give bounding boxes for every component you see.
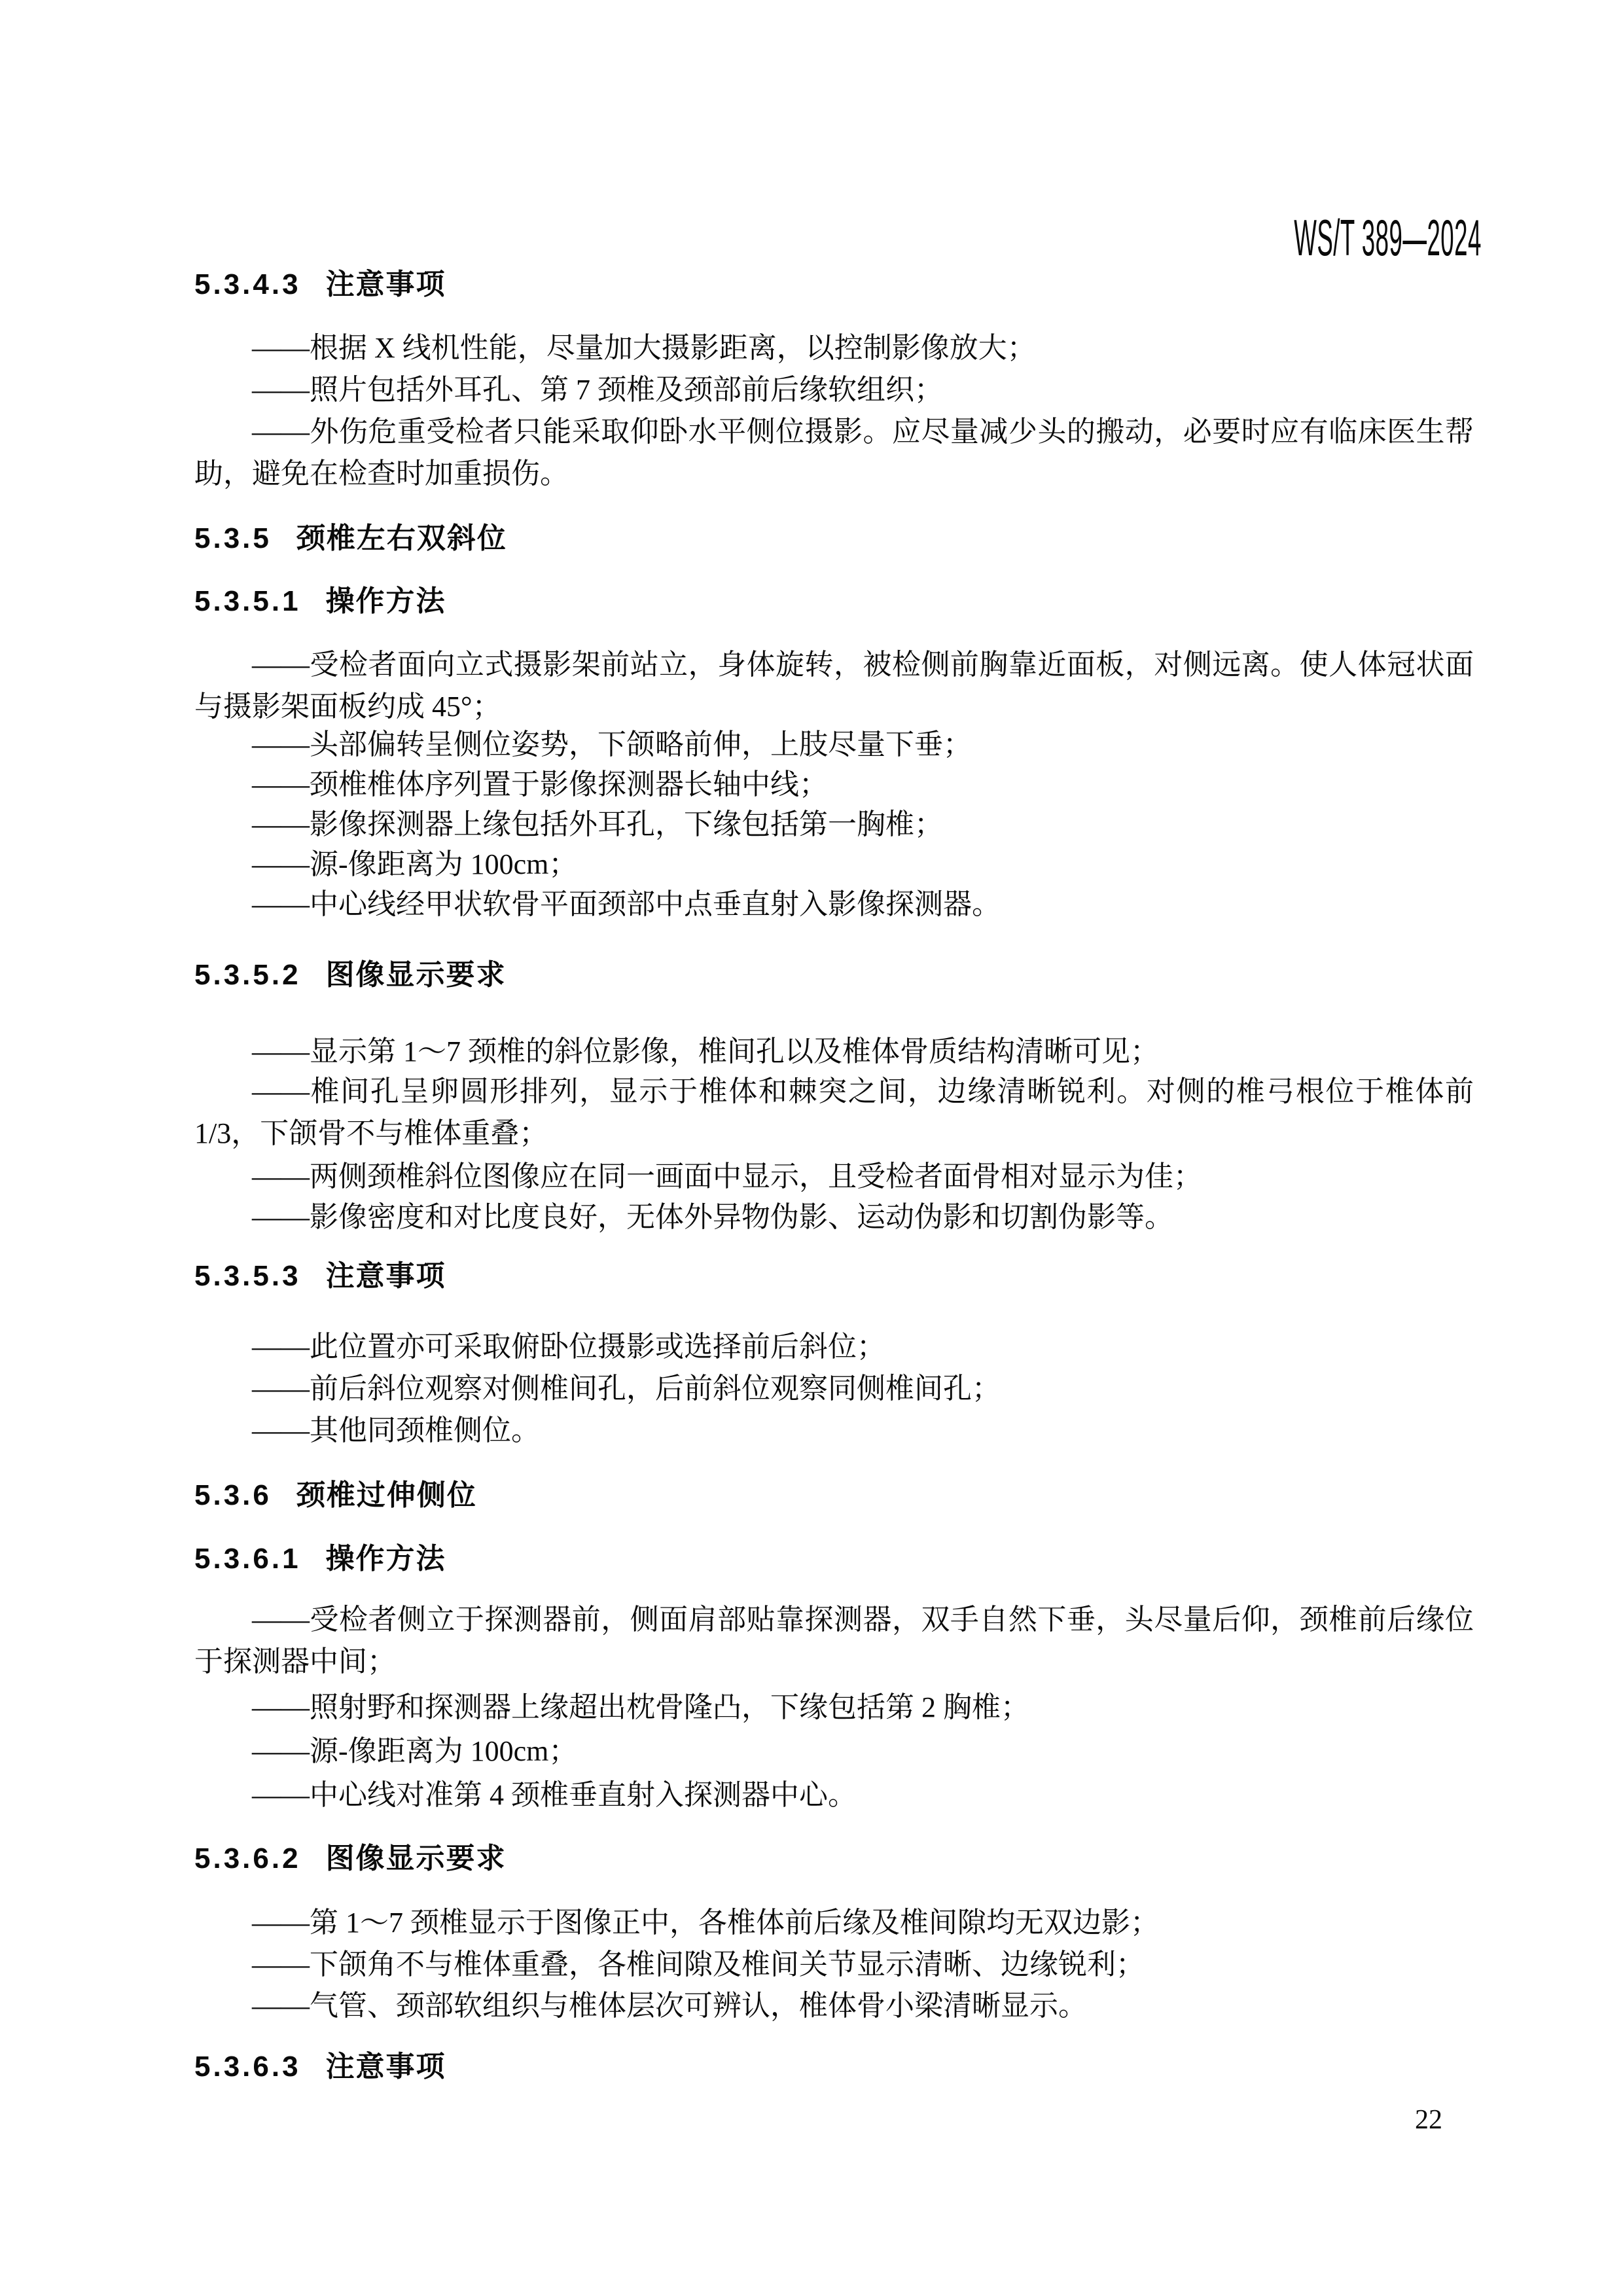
- paragraph: ——此位置亦可采取俯卧位摄影或选择前后斜位；: [194, 1326, 1474, 1368]
- page-number: 22: [1393, 2104, 1465, 2136]
- section-title: 颈椎左右双斜位: [296, 522, 507, 554]
- paragraph: ——两侧颈椎斜位图像应在同一画面中显示，且受检者面骨相对显示为佳；: [194, 1156, 1474, 1198]
- section-heading: 5.3.4.3注意事项: [194, 264, 1474, 306]
- section-title: 注意事项: [326, 268, 446, 300]
- paragraph: ——中心线对准第 4 颈椎垂直射入探测器中心。: [194, 1774, 1474, 1816]
- section-number: 5.3.6.2: [194, 1842, 301, 1874]
- paragraph: ——照射野和探测器上缘超出枕骨隆凸，下缘包括第 2 胸椎；: [194, 1687, 1474, 1729]
- section-number: 5.3.6.1: [194, 1543, 301, 1575]
- paragraph: ——第 1～7 颈椎显示于图像正中，各椎体前后缘及椎间隙均无双边影；: [194, 1902, 1474, 1944]
- paragraph: ——外伤危重受检者只能采取仰卧水平侧位摄影。应尽量减少头的搬动，必要时应有临床医…: [194, 411, 1474, 495]
- paragraph: ——受检者侧立于探测器前，侧面肩部贴靠探测器，双手自然下垂，头尽量后仰，颈椎前后…: [194, 1599, 1474, 1683]
- paragraph: ——前后斜位观察对侧椎间孔，后前斜位观察同侧椎间孔；: [194, 1368, 1474, 1410]
- section-title: 颈椎过伸侧位: [296, 1479, 477, 1511]
- doc-code-header: WS/T 389—2024: [1294, 208, 1482, 268]
- paragraph: ——气管、颈部软组织与椎体层次可辨认，椎体骨小梁清晰显示。: [194, 1985, 1474, 2027]
- section-title: 注意事项: [326, 1260, 446, 1292]
- section-title: 图像显示要求: [326, 959, 507, 991]
- section-number: 5.3.5.1: [194, 585, 301, 617]
- paragraph: ——受检者面向立式摄影架前站立，身体旋转，被检侧前胸靠近面板，对侧远离。使人体冠…: [194, 644, 1474, 728]
- section-heading: 5.3.6颈椎过伸侧位: [194, 1475, 1474, 1516]
- section-number: 5.3.5.3: [194, 1260, 301, 1292]
- section-heading: 5.3.5颈椎左右双斜位: [194, 518, 1474, 560]
- paragraph: ——源-像距离为 100cm；: [194, 1731, 1474, 1772]
- paragraph: ——显示第 1～7 颈椎的斜位影像，椎间孔以及椎体骨质结构清晰可见；: [194, 1031, 1474, 1073]
- section-number: 5.3.6: [194, 1479, 272, 1511]
- paragraph: ——影像密度和对比度良好，无体外异物伪影、运动伪影和切割伪影等。: [194, 1196, 1474, 1238]
- section-heading: 5.3.6.1操作方法: [194, 1538, 1474, 1580]
- paragraph: ——椎间孔呈卵圆形排列，显示于椎体和棘突之间，边缘清晰锐利。对侧的椎弓根位于椎体…: [194, 1071, 1474, 1155]
- paragraph: ——源-像距离为 100cm；: [194, 844, 1474, 886]
- paragraph: ——中心线经甲状软骨平面颈部中点垂直射入影像探测器。: [194, 884, 1474, 925]
- section-heading: 5.3.5.2图像显示要求: [194, 954, 1474, 996]
- paragraph: ——照片包括外耳孔、第 7 颈椎及颈部前后缘软组织；: [194, 369, 1474, 411]
- section-title: 操作方法: [326, 1543, 446, 1575]
- paragraph: ——头部偏转呈侧位姿势，下颌略前伸，上肢尽量下垂；: [194, 724, 1474, 766]
- paragraph: ——下颌角不与椎体重叠，各椎间隙及椎间关节显示清晰、边缘锐利；: [194, 1944, 1474, 1986]
- section-heading: 5.3.6.3注意事项: [194, 2046, 1474, 2088]
- section-number: 5.3.6.3: [194, 2051, 301, 2083]
- section-title: 注意事项: [326, 2051, 446, 2083]
- document-page: WS/T 389—2024 5.3.4.3注意事项 ——根据 X 线机性能，尽量…: [0, 0, 1623, 2296]
- paragraph: ——影像探测器上缘包括外耳孔，下缘包括第一胸椎；: [194, 804, 1474, 846]
- section-number: 5.3.5.2: [194, 959, 301, 991]
- section-title: 图像显示要求: [326, 1842, 507, 1874]
- section-heading: 5.3.5.3注意事项: [194, 1255, 1474, 1297]
- section-number: 5.3.4.3: [194, 268, 301, 300]
- section-title: 操作方法: [326, 585, 446, 617]
- paragraph: ——其他同颈椎侧位。: [194, 1410, 1474, 1452]
- paragraph: ——颈椎椎体序列置于影像探测器长轴中线；: [194, 764, 1474, 806]
- section-number: 5.3.5: [194, 522, 272, 554]
- section-heading: 5.3.5.1操作方法: [194, 581, 1474, 622]
- section-heading: 5.3.6.2图像显示要求: [194, 1838, 1474, 1880]
- paragraph: ——根据 X 线机性能，尽量加大摄影距离，以控制影像放大；: [194, 327, 1474, 369]
